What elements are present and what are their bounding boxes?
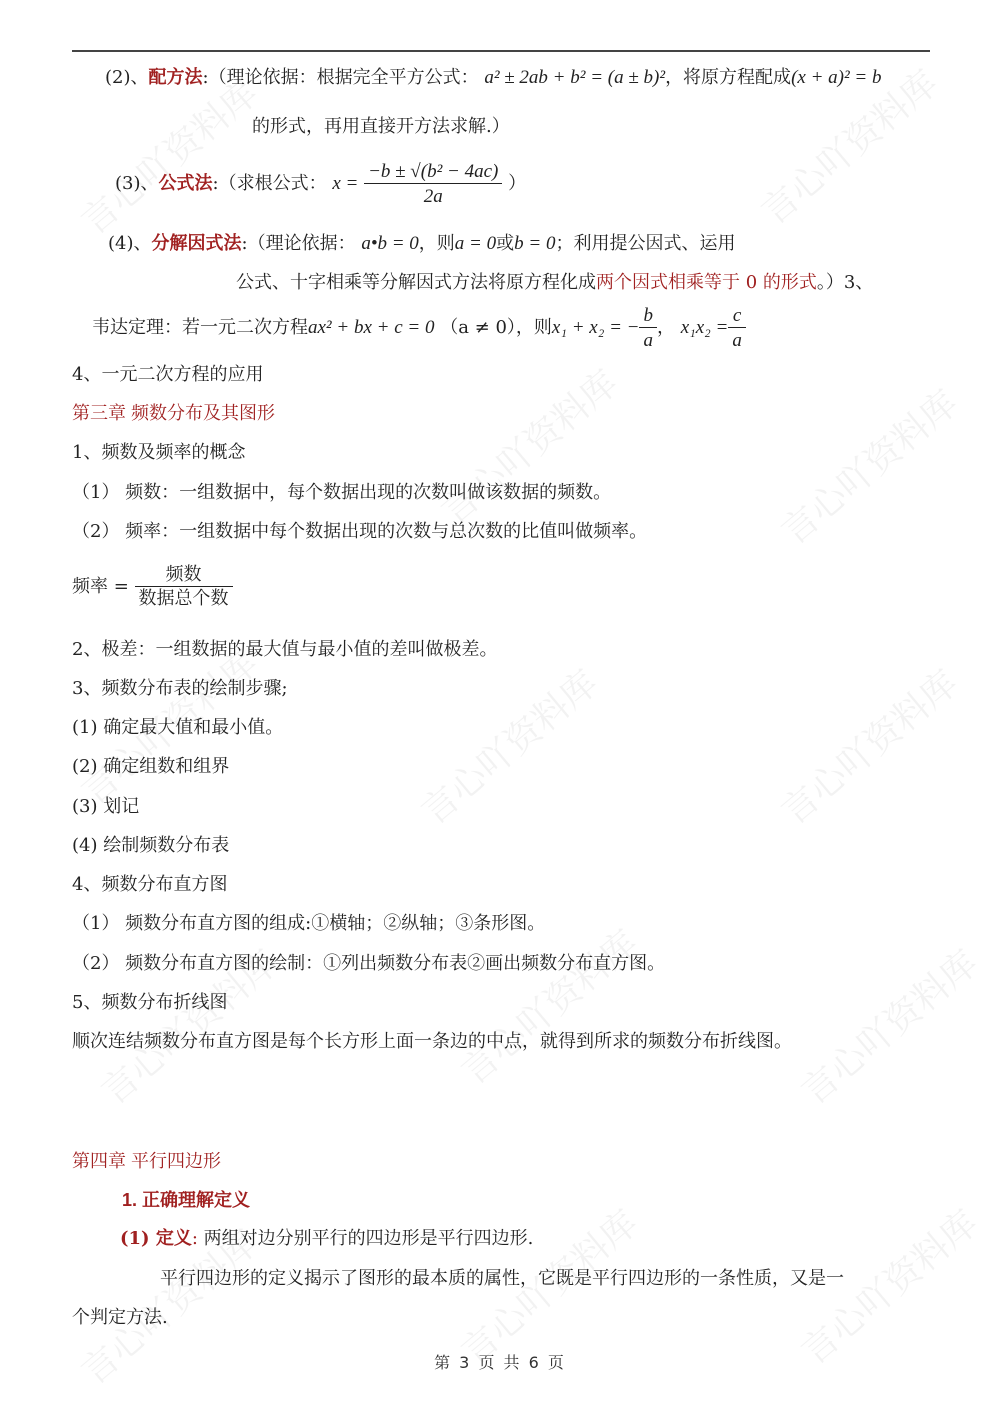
method-completing-square: (2)、配方法:（理论依据：根据完全平方公式： a² ± 2ab + b² = … bbox=[105, 68, 882, 87]
chapter-title: 第三章 频数分布及其图形 bbox=[72, 404, 275, 422]
definition: (1) 定义: 两组对边分别平行的四边形是平行四边形. bbox=[120, 1230, 533, 1248]
list-item: 1、频数及频率的概念 bbox=[72, 444, 245, 462]
list-item: 2、极差：一组数据的最大值与最小值的差叫做极差。 bbox=[72, 641, 497, 659]
highlight-text: 两个因式相乘等于 0 的形式 bbox=[596, 272, 817, 293]
method-name: 公式法 bbox=[159, 173, 213, 194]
watermark: 言心吖资料库 bbox=[449, 917, 647, 1095]
definition-label: (1) 定义 bbox=[120, 1228, 192, 1249]
list-item: (3) 划记 bbox=[72, 798, 139, 816]
watermark: 言心吖资料库 bbox=[789, 937, 987, 1115]
quadratic-formula-fraction: −b ± √(b² − 4ac) 2a bbox=[364, 162, 502, 206]
paragraph: 平行四边形的定义揭示了图形的最本质的属性，它既是平行四边形的一条性质，又是一 bbox=[160, 1270, 844, 1288]
list-item: (2) 确定组数和组界 bbox=[72, 758, 229, 776]
list-item: （2） 频率：一组数据中每个数据出现的次数与总次数的比值叫做频率。 bbox=[72, 523, 647, 541]
watermark: 言心吖资料库 bbox=[769, 657, 967, 835]
paragraph: 顺次连结频数分布直方图是每个长方形上面一条边的中点，就得到所求的频数分布折线图。 bbox=[72, 1033, 792, 1051]
list-item: （2） 频数分布直方图的绘制：①列出频数分布表②画出频数分布直方图。 bbox=[72, 955, 665, 973]
list-item: （1） 频数：一组数据中，每个数据出现的次数叫做该数据的频数。 bbox=[72, 484, 611, 502]
list-item: (4) 绘制频数分布表 bbox=[72, 837, 229, 855]
list-item: (1) 确定最大值和最小值。 bbox=[72, 719, 283, 737]
text-line: 4、一元二次方程的应用 bbox=[72, 366, 263, 384]
list-item: 4、频数分布直方图 bbox=[72, 876, 227, 894]
watermark: 言心吖资料库 bbox=[409, 657, 607, 835]
page-footer: 第 3 页 共 6 页 bbox=[0, 1350, 1000, 1373]
method-name: 分解因式法 bbox=[152, 233, 242, 254]
method-name: 配方法 bbox=[149, 67, 203, 88]
vieta-theorem: 韦达定理：若一元二次方程ax² + bx + c = 0 （a ≠ 0），则x₁… bbox=[92, 306, 746, 350]
chapter-title: 第四章 平行四边形 bbox=[72, 1152, 221, 1170]
method-quadratic-formula: (3)、公式法:（求根公式： x = −b ± √(b² − 4ac) 2a ） bbox=[115, 162, 526, 206]
paragraph: 个判定方法. bbox=[72, 1309, 168, 1327]
watermark: 言心吖资料库 bbox=[429, 357, 627, 535]
list-item: 3、频数分布表的绘制步骤; bbox=[72, 680, 288, 698]
text-line: 公式、十字相乘等分解因式方法将原方程化成两个因式相乘等于 0 的形式。）3、 bbox=[236, 274, 873, 292]
method-factoring: (4)、分解因式法:（理论依据： a•b = 0，则a = 0或b = 0；利用… bbox=[108, 234, 735, 253]
header-rule bbox=[72, 50, 930, 52]
formula: a² ± 2ab + b² = (a ± b)² bbox=[484, 67, 665, 88]
watermark: 言心吖资料库 bbox=[769, 377, 967, 555]
list-item: 5、频数分布折线图 bbox=[72, 994, 227, 1012]
watermark: 言心吖资料库 bbox=[69, 67, 267, 245]
section-title: 1. 正确理解定义 bbox=[122, 1191, 250, 1209]
list-item: （1） 频数分布直方图的组成:①横轴；②纵轴；③条形图。 bbox=[72, 915, 545, 933]
formula: (x + a)² = b bbox=[791, 67, 881, 88]
text-line: 的形式，再用直接开方法求解.） bbox=[252, 118, 510, 136]
frequency-formula: 频率 = 频数数据总个数 bbox=[72, 566, 233, 608]
